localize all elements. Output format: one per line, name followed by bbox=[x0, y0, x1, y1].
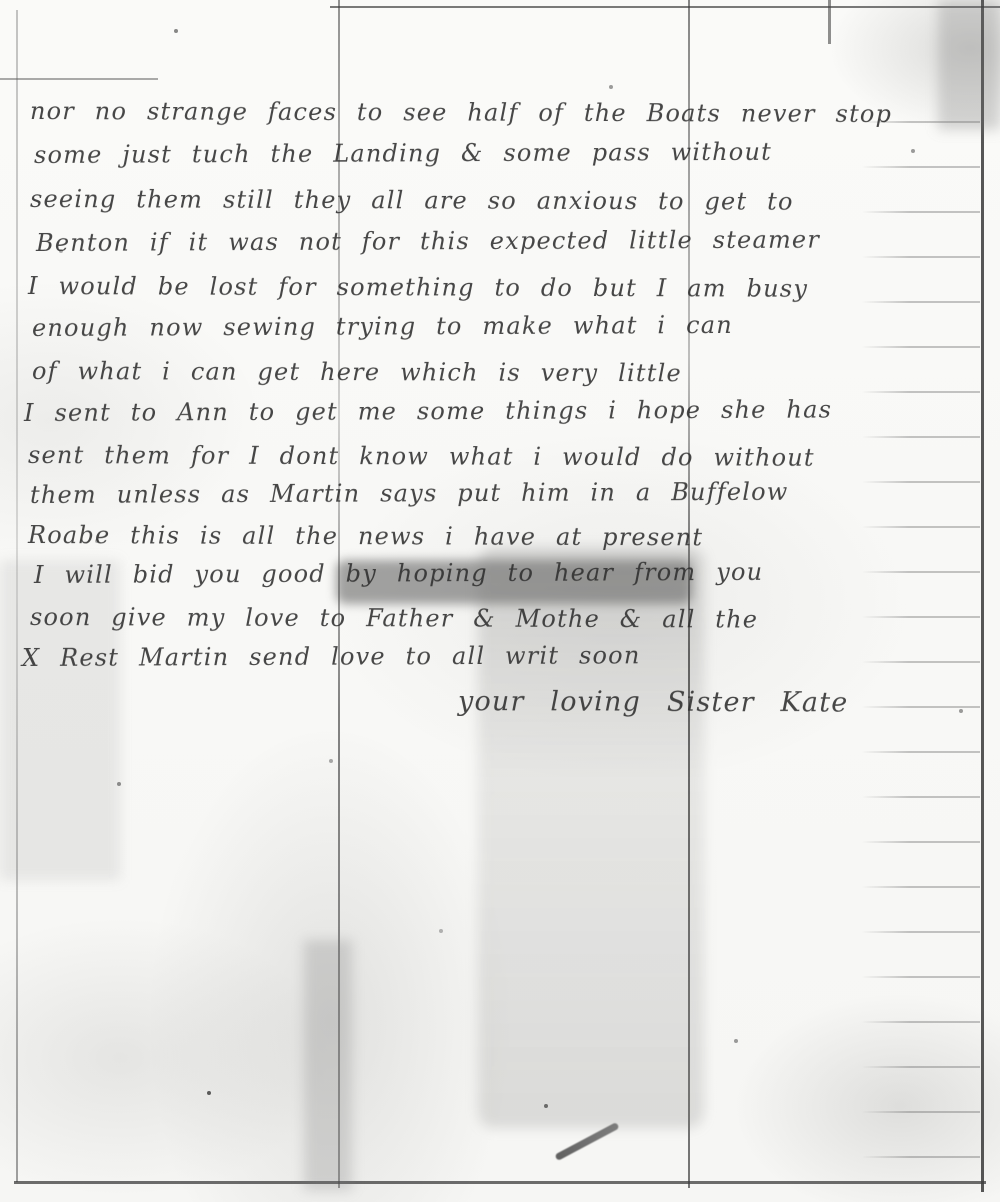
letter-line: I will bid you good by hoping to hear fr… bbox=[34, 558, 763, 589]
left-fold-smudge bbox=[304, 940, 352, 1190]
right-page-edge bbox=[981, 0, 984, 1192]
letter-line: sent them for I dont know what i would d… bbox=[28, 441, 815, 472]
signature-line: your loving Sister Kate bbox=[458, 686, 849, 718]
center-smudge-column bbox=[478, 548, 704, 1128]
letter-line: Benton if it was not for this expected l… bbox=[36, 226, 820, 257]
letter-line: some just tuch the Landing & some pass w… bbox=[34, 138, 772, 169]
letter-line: nor no strange faces to see half of the … bbox=[30, 97, 892, 128]
scan-specks bbox=[0, 0, 2, 2]
top-right-short-crease bbox=[828, 0, 831, 44]
scanned-letter-page: { "letter": { "lines": [ "nor no strange… bbox=[0, 0, 1000, 1202]
bottom-edge-crease bbox=[14, 1181, 986, 1184]
letter-line: X Rest Martin send love to all writ soon bbox=[22, 641, 641, 672]
ruled-lines-right bbox=[862, 78, 980, 1158]
letter-line: of what i can get here which is very lit… bbox=[32, 357, 682, 387]
letter-line: seeing them still they all are so anxiou… bbox=[30, 185, 794, 216]
top-left-crease bbox=[0, 78, 158, 80]
top-right-smudge bbox=[938, 0, 1000, 130]
letter-line: enough now sewing trying to make what i … bbox=[32, 311, 733, 342]
paper-background: nor no strange faces to see half of the … bbox=[0, 0, 1000, 1202]
letter-line: soon give my love to Father & Mothe & al… bbox=[30, 603, 758, 634]
letter-line: Roabe this is all the news i have at pre… bbox=[28, 521, 703, 551]
letter-line: I would be lost for something to do but … bbox=[28, 272, 808, 303]
letter-line: I sent to Ann to get me some things i ho… bbox=[24, 395, 832, 427]
letter-line: them unless as Martin says put him in a … bbox=[30, 478, 789, 509]
top-edge-crease bbox=[330, 6, 1000, 8]
